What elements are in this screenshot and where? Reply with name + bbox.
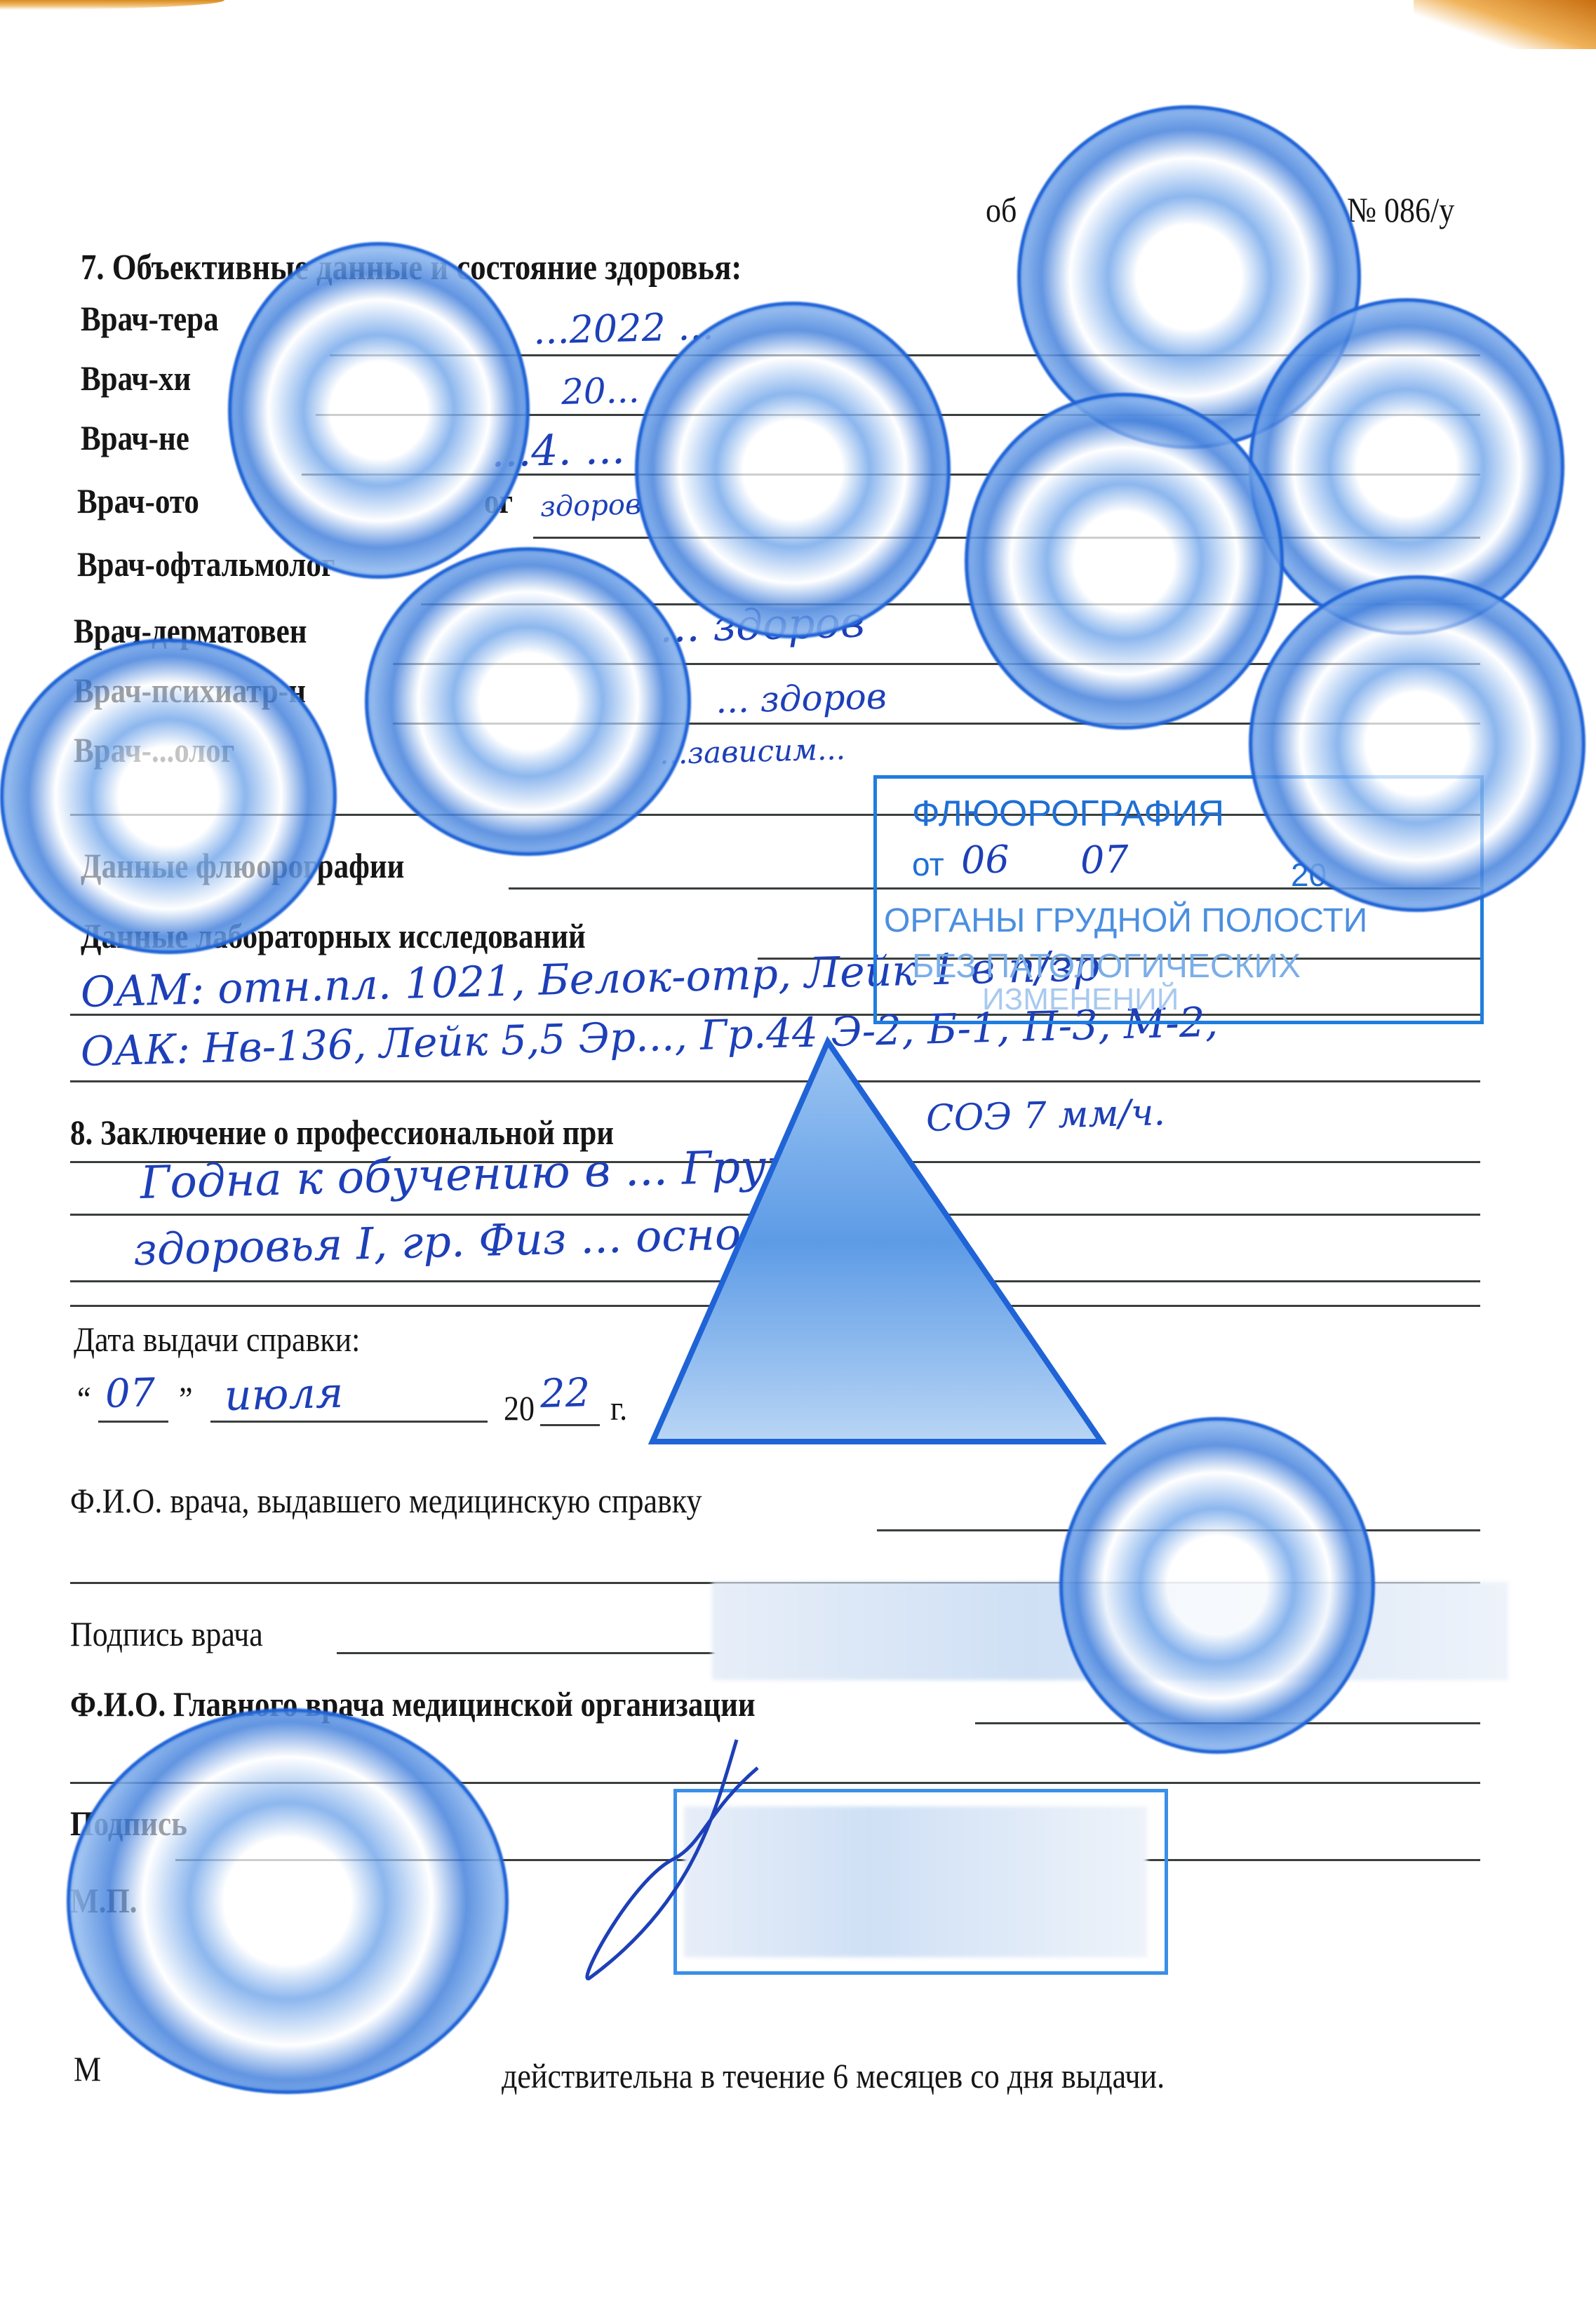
form-number: № 086/у (1347, 189, 1454, 230)
issue-day: 07 (105, 1370, 156, 1417)
issue-month: июля (224, 1369, 344, 1421)
fluoro-stamp-date-prefix: от (912, 845, 944, 883)
row-label-ent: Врач-ото (77, 481, 199, 521)
form-prefix: об (986, 189, 1017, 230)
day-line (98, 1421, 168, 1423)
row-label-neurologist: Врач-не (81, 417, 189, 458)
issue-year-unit: г. (610, 1388, 627, 1428)
section8-title: 8. Заключение о профессиональной при (70, 1112, 614, 1153)
row-label-surgeon: Врач-хи (81, 358, 191, 398)
round-stamp (67, 1708, 509, 2094)
triangle-stamp (645, 1035, 1108, 1449)
round-stamp (965, 393, 1284, 730)
fluoro-stamp-line-3: ИЗМЕНЕНИЙ (982, 982, 1179, 1017)
chief-signature (547, 1726, 828, 1992)
quote-close: ” (179, 1378, 193, 1419)
chief-name-label: Ф.И.О. Главного врача медицинской органи… (70, 1684, 756, 1724)
fluoro-stamp-title: ФЛЮОРОГРАФИЯ (912, 793, 1224, 835)
month-line (210, 1421, 488, 1423)
quote-open: “ (77, 1378, 91, 1419)
fluoro-stamp-month: 07 (1080, 837, 1129, 883)
issue-year-prefix: 20 (504, 1388, 535, 1428)
fluoro-stamp-line-2: БЕЗ ПАТОЛОГИЧЕСКИХ (912, 947, 1301, 986)
round-stamp (635, 302, 951, 638)
round-stamp (1059, 1417, 1375, 1754)
issue-year-suffix: 22 (539, 1370, 591, 1417)
hw-psychiatrist: ... здоров (715, 676, 887, 721)
issue-date-label: Дата выдачи справки: (74, 1319, 360, 1360)
hw-surgeon: 20... (561, 370, 640, 412)
paper-edge (1414, 0, 1596, 49)
year-line (540, 1424, 600, 1426)
doctor-signature-label: Подпись врача (70, 1613, 263, 1654)
row-label-therapist: Врач-тера (81, 298, 219, 339)
fluoro-stamp-line-1: ОРГАНЫ ГРУДНОЙ ПОЛОСТИ (884, 901, 1367, 940)
hw-other: ...зависим... (659, 732, 845, 771)
fluoro-stamp-day: 06 (960, 837, 1010, 883)
round-stamp (1249, 575, 1585, 912)
round-stamp (0, 638, 337, 954)
paper-edge (0, 0, 224, 10)
validity-start: М (74, 2048, 101, 2089)
validity-text: действительна в течение 6 месяцев со дня… (502, 2055, 1165, 2096)
round-stamp (365, 547, 691, 856)
hw-ent: здоров (539, 488, 641, 523)
doctor-name-label: Ф.И.О. врача, выдавшего медицинскую спра… (70, 1480, 702, 1521)
round-stamp (228, 242, 530, 579)
